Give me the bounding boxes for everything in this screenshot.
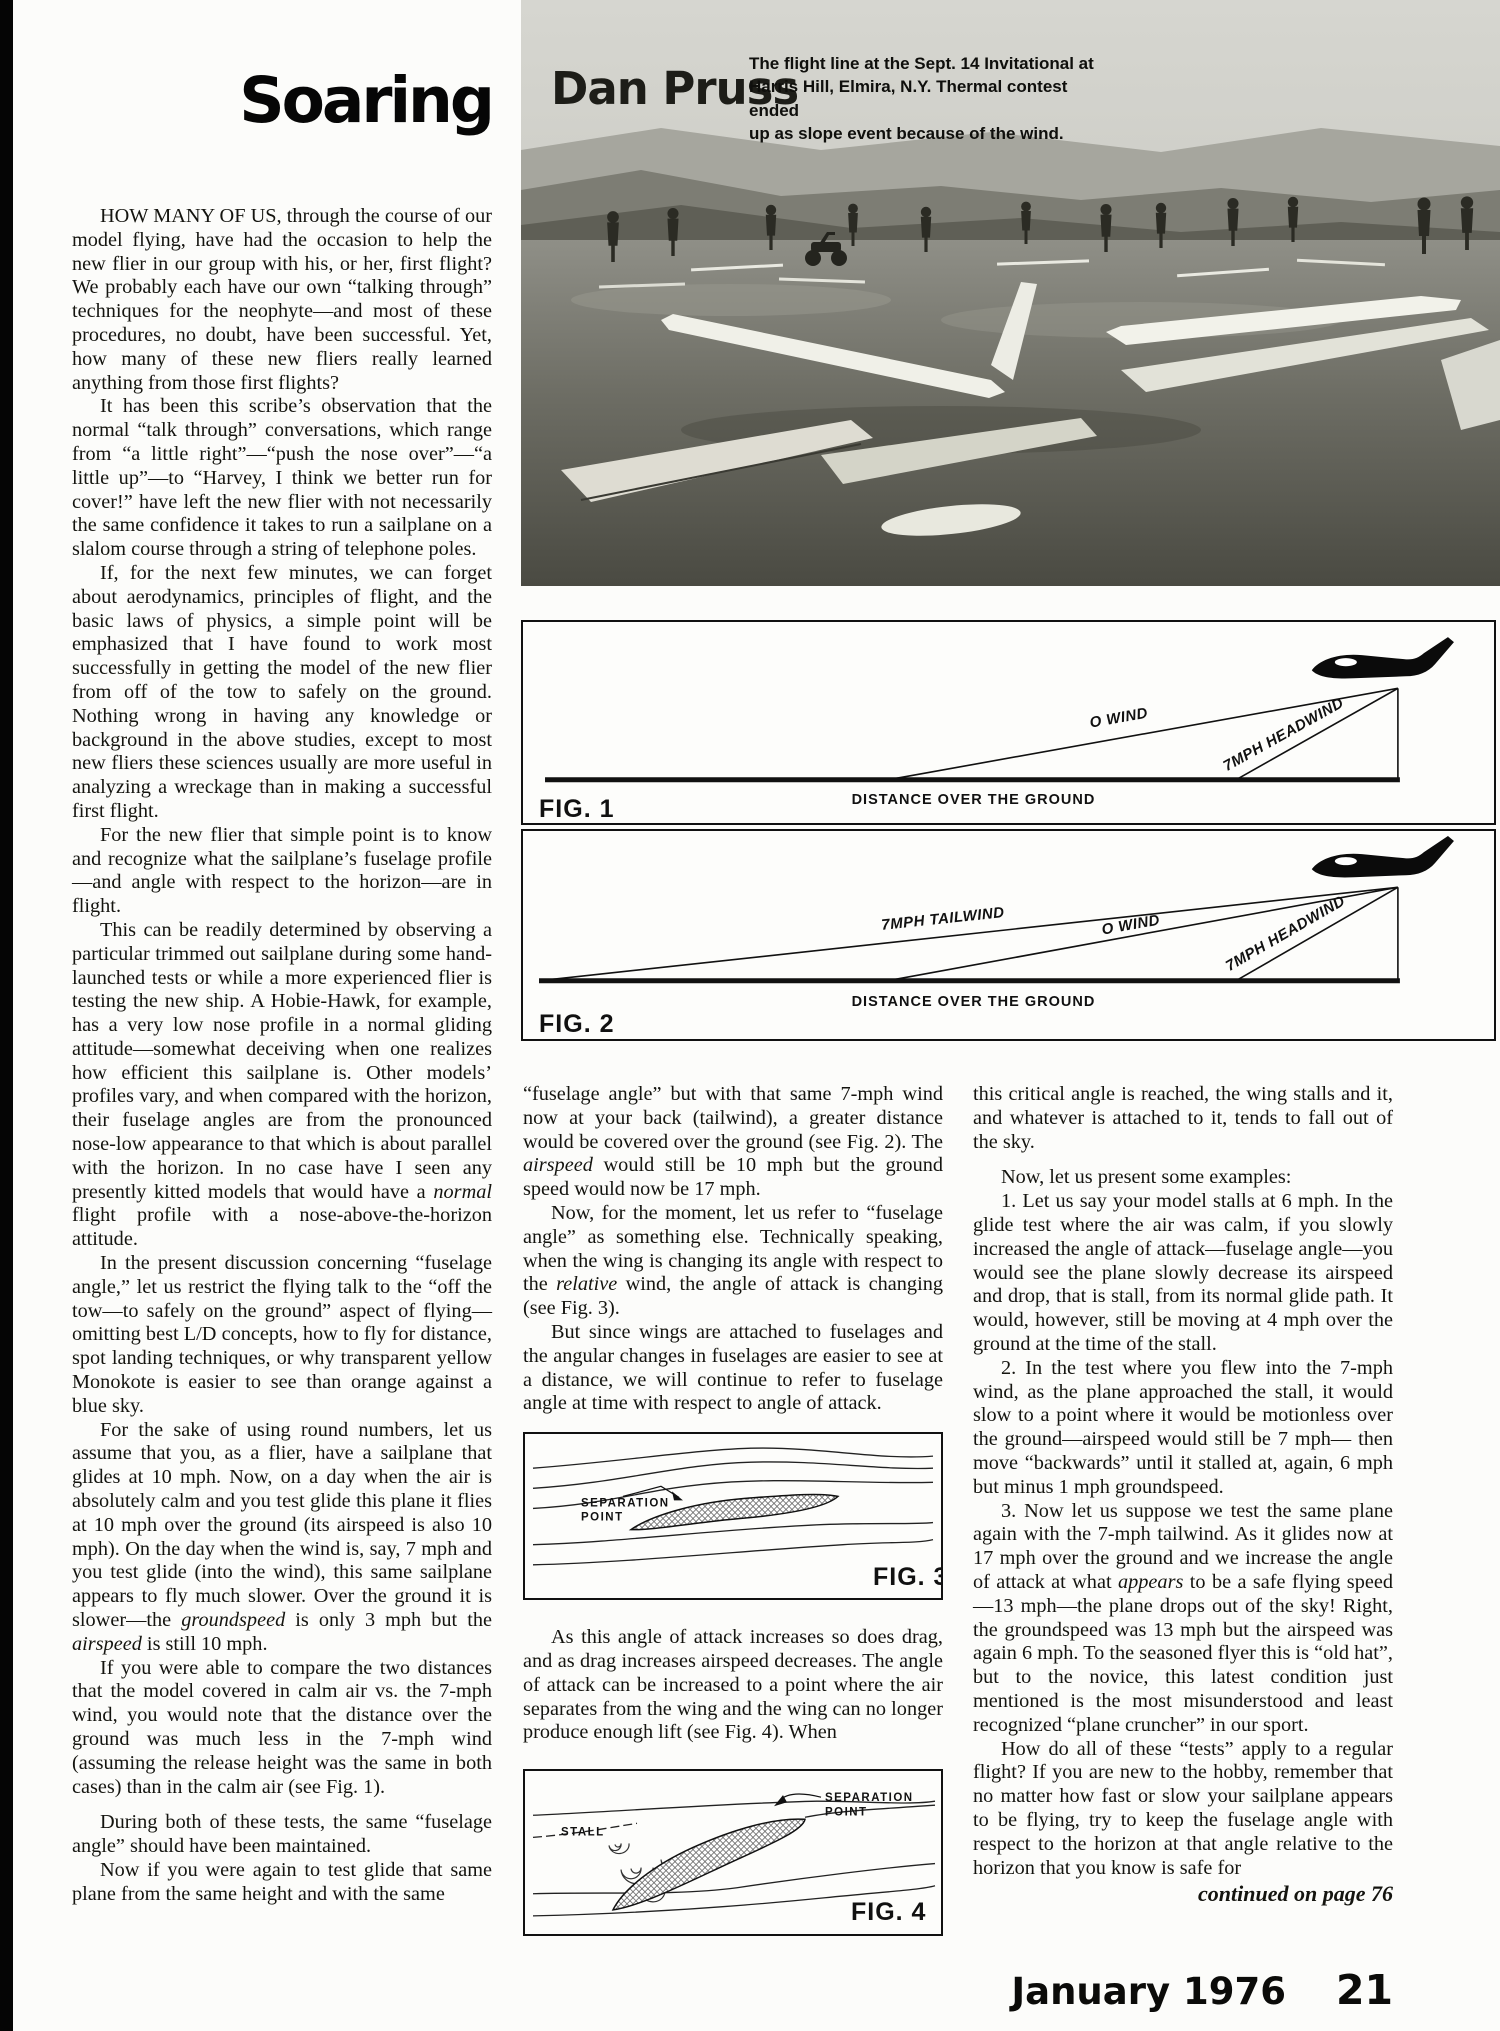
headwind-label: 7MPH HEADWIND — [1221, 694, 1347, 775]
paragraph: 3. Now let us suppose we test the same p… — [973, 1500, 1393, 1738]
airfoil-section — [613, 1819, 805, 1910]
paragraph: If, for the next few minutes, we can for… — [72, 562, 492, 824]
paragraph: this critical angle is reached, the wing… — [973, 1083, 1393, 1154]
paragraph: For the sake of using round numbers, let… — [72, 1419, 492, 1657]
ground-distance-label: DISTANCE OVER THE GROUND — [852, 792, 1096, 808]
paragraph: In the present discussion concerning “fu… — [72, 1252, 492, 1419]
paragraph: It has been this scribe’s observation th… — [72, 395, 492, 562]
page-edge-bar — [0, 0, 13, 2031]
o-wind-label: O WIND — [1088, 705, 1149, 732]
paragraph: During both of these tests, the same “fu… — [72, 1811, 492, 1859]
column-middle: “fuselage angle” but with that same 7-mp… — [523, 1083, 943, 1936]
svg-text:POINT: POINT — [825, 1806, 868, 1818]
fig1-label: FIG. 1 — [539, 795, 615, 823]
o-wind-label: O WIND — [1100, 912, 1161, 939]
sailplane-silhouette-icon — [1312, 836, 1454, 877]
paragraph: As this angle of attack increases so doe… — [523, 1626, 943, 1745]
tailwind-label: 7MPH TAILWIND — [881, 904, 1006, 934]
figure-4: STALL SEPARATION POINT FIG. 4 — [523, 1769, 943, 1936]
paragraph: Now, let us present some examples: — [973, 1166, 1393, 1190]
paragraph: How do all of these “tests” apply to a r… — [973, 1738, 1393, 1881]
continued-note: continued on page 76 — [973, 1882, 1393, 1906]
photo-caption: The flight line at the Sept. 14 Invitati… — [749, 52, 1109, 146]
paragraph: If you were able to compare the two dist… — [72, 1657, 492, 1800]
column-left: HOW MANY OF US, through the course of ou… — [72, 205, 492, 1907]
fig2-label: FIG. 2 — [539, 1010, 615, 1038]
footer-issue: January 1976 — [1011, 1970, 1286, 2013]
paragraph: 2. In the test where you flew into the 7… — [973, 1357, 1393, 1500]
paragraph: HOW MANY OF US, through the course of ou… — [72, 205, 492, 395]
magazine-page: Soaring — [0, 0, 1500, 2031]
fig3-label: FIG. 3 — [873, 1563, 941, 1591]
page-footer: January 1976 21 — [973, 1966, 1393, 2014]
stall-label: STALL — [561, 1827, 605, 1839]
separation-point-label: SEPARATION — [581, 1498, 670, 1510]
figure-2: 7MPH TAILWIND O WIND 7MPH HEADWIND DISTA… — [521, 829, 1496, 1041]
paragraph: “fuselage angle” but with that same 7-mp… — [523, 1083, 943, 1202]
separation-arrow — [774, 1794, 821, 1806]
figure-3: SEPARATION POINT FIG. 3 — [523, 1432, 943, 1600]
footer-page-number: 21 — [1336, 1966, 1393, 2014]
page-title: Soaring — [72, 64, 492, 137]
paragraph: 1. Let us say your model stalls at 6 mph… — [973, 1190, 1393, 1357]
fig4-label: FIG. 4 — [851, 1898, 926, 1926]
paragraph: But since wings are attached to fuselage… — [523, 1321, 943, 1416]
flight-line-photo: Dan Pruss The flight line at the Sept. 1… — [521, 0, 1500, 586]
sailplane-silhouette-icon — [1312, 637, 1454, 678]
separation-point-label: SEPARATION — [825, 1792, 914, 1804]
paragraph: Now, for the moment, let us refer to “fu… — [523, 1202, 943, 1321]
paragraph: For the new flier that simple point is t… — [72, 824, 492, 919]
column-right: this critical angle is reached, the wing… — [973, 1083, 1393, 1906]
svg-text:POINT: POINT — [581, 1512, 624, 1524]
figure-1: O WIND 7MPH HEADWIND DISTANCE OVER THE G… — [521, 620, 1496, 825]
paragraph: This can be readily determined by observ… — [72, 919, 492, 1252]
ground-distance-label: DISTANCE OVER THE GROUND — [852, 994, 1096, 1010]
paragraph: Now if you were again to test glide that… — [72, 1859, 492, 1907]
